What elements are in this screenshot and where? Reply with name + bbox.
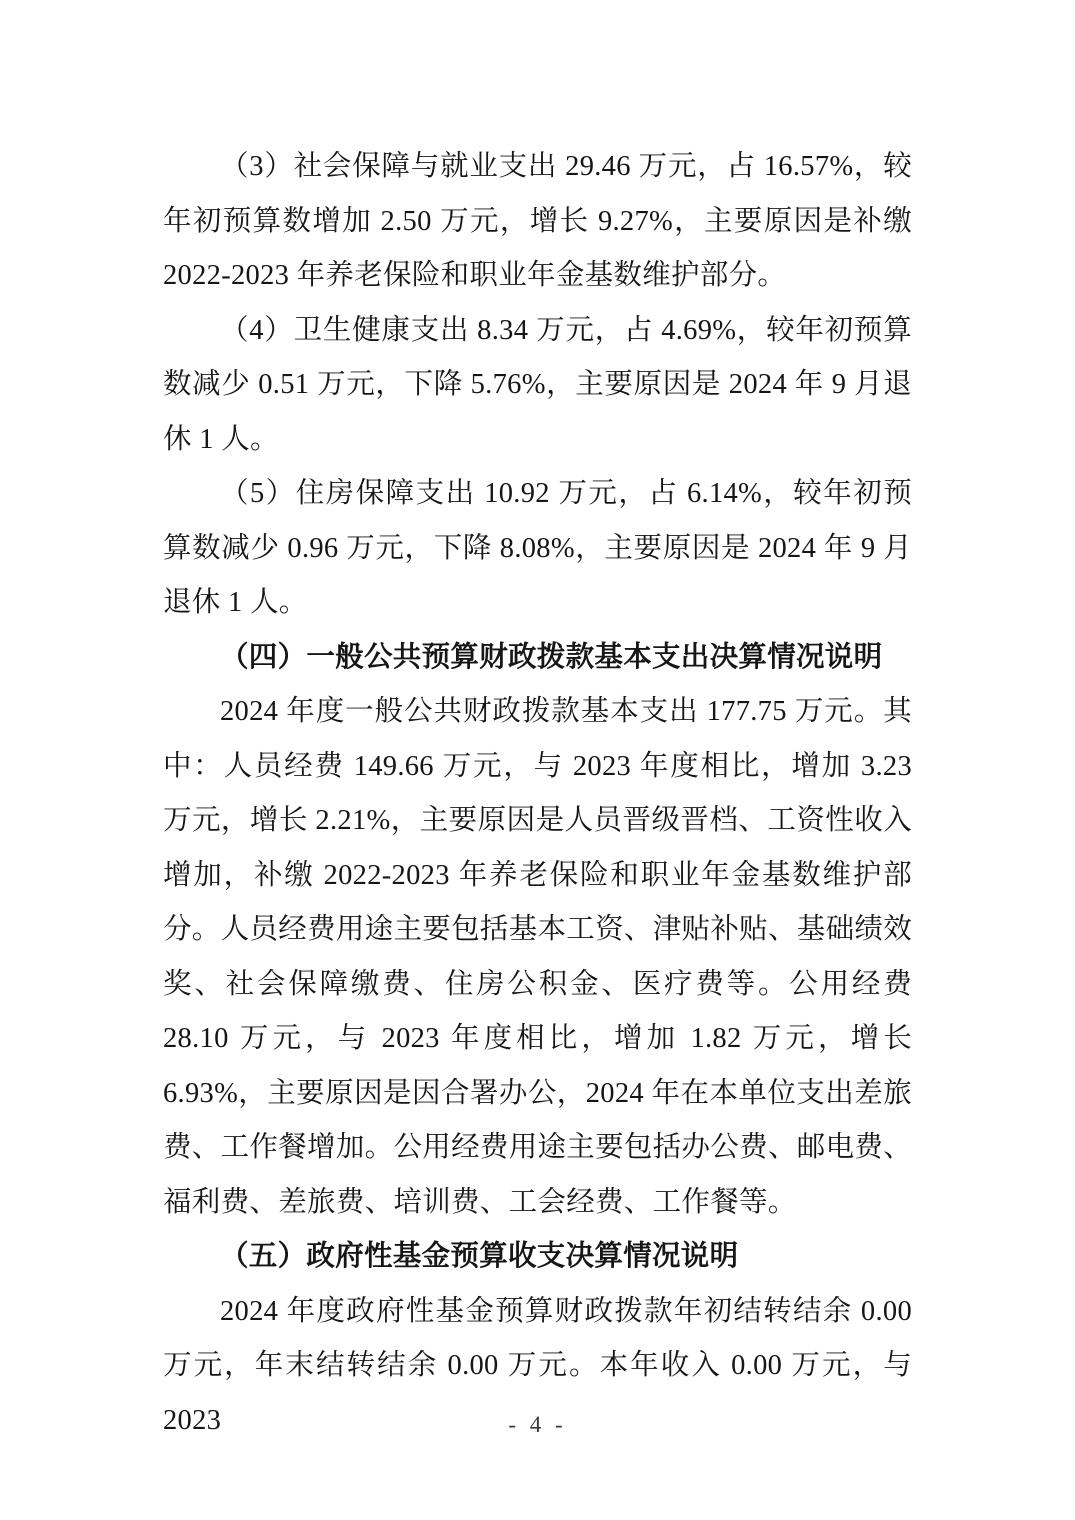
paragraph-housing-security-expenditure: （5）住房保障支出 10.92 万元，占 6.14%，较年初预算数减少 0.96… bbox=[163, 467, 912, 631]
page-number: - 4 - bbox=[0, 1412, 1075, 1438]
paragraph-basic-expenditure-detail: 2024 年度一般公共财政拨款基本支出 177.75 万元。其中：人员经费 14… bbox=[163, 685, 912, 1230]
document-body: （3）社会保障与就业支出 29.46 万元，占 16.57%，较年初预算数增加 … bbox=[163, 140, 912, 1448]
heading-section-4-basic-expenditure-statement: （四）一般公共预算财政拨款基本支出决算情况说明 bbox=[163, 631, 912, 686]
paragraph-social-security-employment-expenditure: （3）社会保障与就业支出 29.46 万元，占 16.57%，较年初预算数增加 … bbox=[163, 140, 912, 304]
paragraph-health-expenditure: （4）卫生健康支出 8.34 万元，占 4.69%，较年初预算数减少 0.51 … bbox=[163, 304, 912, 468]
document-page: （3）社会保障与就业支出 29.46 万元，占 16.57%，较年初预算数增加 … bbox=[0, 0, 1075, 1520]
heading-section-5-government-fund-statement: （五）政府性基金预算收支决算情况说明 bbox=[163, 1230, 912, 1285]
